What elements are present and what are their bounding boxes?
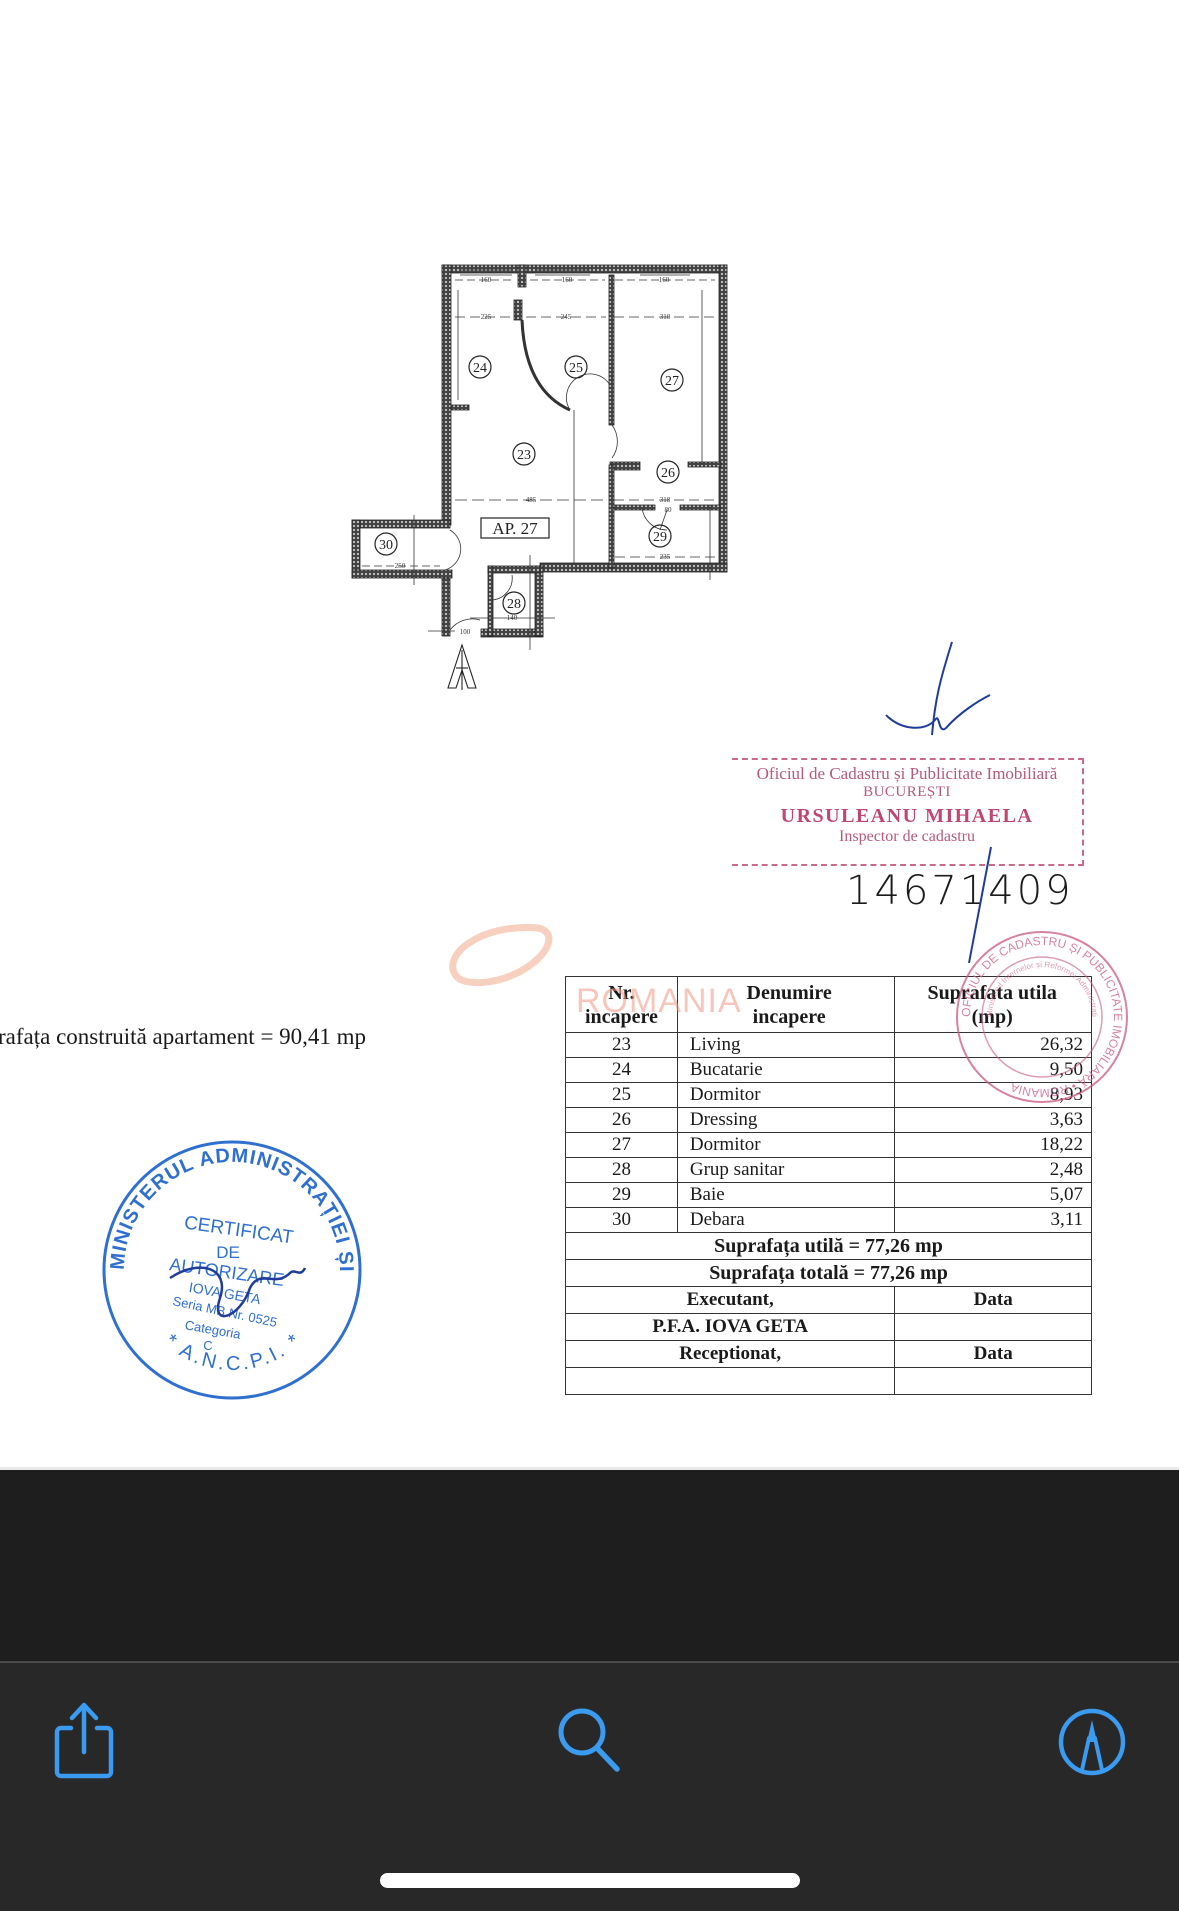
svg-text:27: 27	[665, 374, 679, 389]
room-name-cell: Bucatarie	[677, 1058, 895, 1083]
inspector-signature	[880, 640, 1000, 750]
received-date-value	[895, 1368, 1092, 1395]
header-room-name: Denumire incapere	[677, 977, 895, 1033]
room-number-cell: 27	[566, 1133, 678, 1158]
document-number: 14671409	[846, 868, 1074, 914]
header-room-number: Nr. incapere	[566, 977, 678, 1033]
room-area-cell: 8,93	[895, 1083, 1092, 1108]
svg-text:25: 25	[569, 361, 583, 376]
table-row: 29Baie5,07	[566, 1183, 1092, 1208]
room-area-cell: 9,50	[895, 1058, 1092, 1083]
room-name-cell: Grup sanitar	[677, 1158, 895, 1183]
room-number-cell: 23	[566, 1033, 678, 1058]
executant-name: P.F.A. IOVA GETA	[566, 1314, 895, 1341]
markup-button[interactable]	[1052, 1702, 1132, 1782]
table-row: 30Debara3,11	[566, 1208, 1092, 1233]
svg-text:160: 160	[481, 276, 492, 284]
svg-text:30: 30	[379, 538, 393, 553]
room-number-cell: 26	[566, 1108, 678, 1133]
table-row: 25Dormitor8,93	[566, 1083, 1092, 1108]
room-area-cell: 26,32	[895, 1033, 1092, 1058]
received-label: Receptionat,	[566, 1341, 895, 1368]
viewer-background	[0, 1467, 1179, 1661]
svg-text:485: 485	[526, 496, 537, 504]
document-page: 160 160 160 225 245 310 485 318 80 235 2…	[0, 0, 1179, 1467]
share-button[interactable]	[44, 1700, 124, 1780]
markup-icon	[1056, 1706, 1128, 1778]
svg-text:28: 28	[507, 597, 521, 612]
svg-text:235: 235	[660, 553, 671, 561]
room-area-cell: 18,22	[895, 1133, 1092, 1158]
svg-text:160: 160	[562, 276, 573, 284]
home-indicator[interactable]	[380, 1873, 800, 1888]
watermark-oval	[438, 918, 558, 988]
room-area-cell: 3,11	[895, 1208, 1092, 1233]
room-area-cell: 2,48	[895, 1158, 1092, 1183]
svg-text:310: 310	[660, 313, 671, 321]
svg-text:C: C	[203, 1338, 212, 1353]
svg-text:DE: DE	[216, 1243, 240, 1262]
apartment-label: AP. 27	[492, 519, 538, 538]
executant-date-value	[895, 1314, 1092, 1341]
north-arrow-icon	[448, 645, 476, 690]
search-icon	[555, 1705, 625, 1775]
room-name-cell: Living	[677, 1033, 895, 1058]
useful-area-total: Suprafața utilă = 77,26 mp	[566, 1233, 1092, 1260]
received-date-label: Data	[895, 1341, 1092, 1368]
svg-text:100: 100	[460, 628, 471, 636]
rooms-area-table: Nr. incapere Denumire incapere Suprafata…	[565, 976, 1092, 1395]
svg-text:29: 29	[653, 530, 667, 545]
built-area-text: rafața construită apartament = 90,41 mp	[0, 1024, 366, 1050]
room-area-cell: 3,63	[895, 1108, 1092, 1133]
table-row: 23Living26,32	[566, 1033, 1092, 1058]
room-name-cell: Baie	[677, 1183, 895, 1208]
svg-text:23: 23	[517, 448, 531, 463]
executant-date-label: Data	[895, 1287, 1092, 1314]
svg-text:24: 24	[473, 361, 487, 376]
table-row: 24Bucatarie9,50	[566, 1058, 1092, 1083]
svg-text:225: 225	[481, 313, 492, 321]
svg-text:160: 160	[659, 276, 670, 284]
room-name-cell: Dressing	[677, 1108, 895, 1133]
room-number-cell: 25	[566, 1083, 678, 1108]
room-area-cell: 5,07	[895, 1183, 1092, 1208]
cadastru-inspector-stamp: Oficiul de Cadastru și Publicitate Imobi…	[732, 758, 1084, 866]
room-name-cell: Dormitor	[677, 1133, 895, 1158]
svg-text:26: 26	[661, 466, 675, 481]
header-room-area: Suprafata utila (mp)	[895, 977, 1092, 1033]
room-number-cell: 30	[566, 1208, 678, 1233]
room-number-cell: 24	[566, 1058, 678, 1083]
signature-stroke	[965, 845, 995, 965]
room-name-cell: Debara	[677, 1208, 895, 1233]
svg-text:140: 140	[507, 614, 518, 622]
executant-label: Executant,	[566, 1287, 895, 1314]
svg-text:80: 80	[665, 506, 673, 514]
total-area: Suprafața totală = 77,26 mp	[566, 1260, 1092, 1287]
table-row: 27Dormitor18,22	[566, 1133, 1092, 1158]
room-number-cell: 28	[566, 1158, 678, 1183]
svg-text:245: 245	[561, 313, 572, 321]
svg-text:250: 250	[395, 562, 406, 570]
table-row: 28Grup sanitar2,48	[566, 1158, 1092, 1183]
search-button[interactable]	[550, 1700, 630, 1780]
room-name-cell: Dormitor	[677, 1083, 895, 1108]
ancpi-authorization-stamp: MINISTERUL ADMINISTRAȚIEI ȘI INTERNELOR …	[100, 1138, 365, 1403]
room-number-cell: 29	[566, 1183, 678, 1208]
svg-text:318: 318	[660, 496, 671, 504]
share-icon	[53, 1700, 115, 1780]
table-row: 26Dressing3,63	[566, 1108, 1092, 1133]
received-signature	[566, 1368, 895, 1395]
floor-plan: 160 160 160 225 245 310 485 318 80 235 2…	[340, 255, 740, 705]
